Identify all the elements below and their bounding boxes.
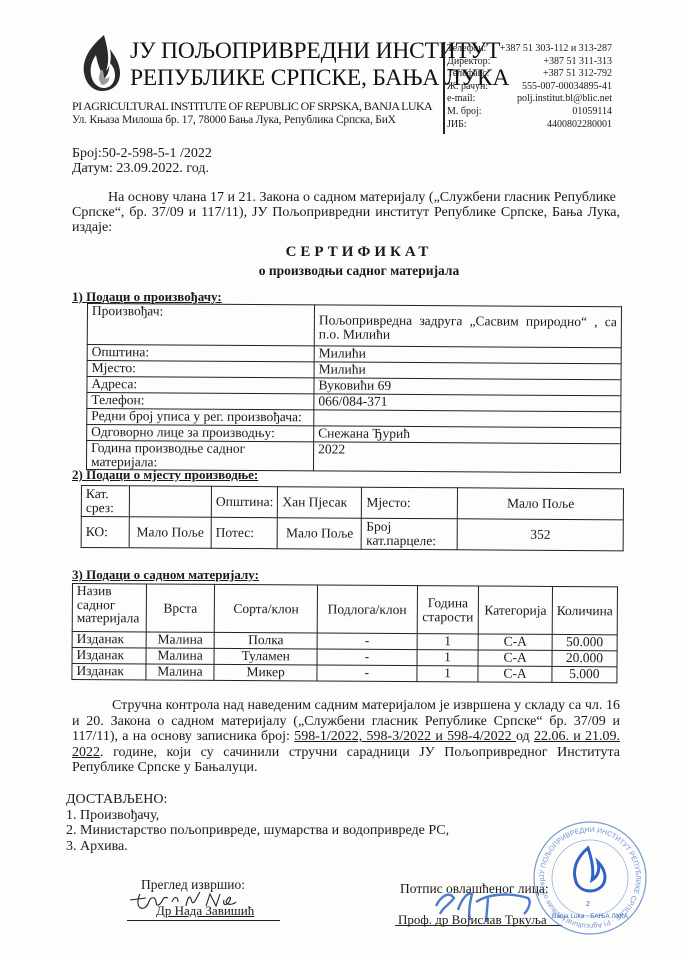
contact-label: Директор: xyxy=(447,56,490,69)
material-table: Назив садног материјалаВрстаСорта/клонПо… xyxy=(71,583,618,683)
mjesto-label: Мјесто: xyxy=(362,487,458,519)
contact-row: ЈИБ:4400802280001 xyxy=(447,119,612,132)
contact-label: Ж. рачун: xyxy=(447,81,488,94)
material-cell: C-A xyxy=(478,634,552,650)
delivered-item: 1. Произвођачу, xyxy=(66,808,449,824)
contact-value: 01059114 xyxy=(572,106,612,119)
contact-label: М. број: xyxy=(447,106,482,119)
material-cell: Изданак xyxy=(72,664,146,680)
material-cell: Изданак xyxy=(72,648,146,664)
material-cell: 1 xyxy=(417,650,479,666)
location-section-title: 2) Подаци о мјесту производње: xyxy=(72,467,258,483)
contact-value: 4400802280001 xyxy=(547,119,612,132)
certificate-subtitle: о производњи садног материјала xyxy=(0,263,688,279)
column-header: Година старости xyxy=(417,586,479,634)
material-cell: 50.000 xyxy=(552,634,617,650)
institute-address: Ул. Књаза Милоша бр. 17, 78000 Бања Лука… xyxy=(72,114,396,126)
material-cell: - xyxy=(317,665,417,682)
contact-value: +387 51 303-112 и 313-287 xyxy=(500,43,612,56)
producer-label: Произвођач: xyxy=(87,304,314,346)
location-table: Кат. срез: Општина: Хан Пјесак Мјесто: М… xyxy=(81,485,624,551)
column-header: Назив садног материјала xyxy=(72,584,146,632)
producer-value: Пољопривредна задруга „Сасвим природно“ … xyxy=(314,305,621,348)
material-cell: 5.000 xyxy=(552,666,617,682)
contact-row: Телефакс:+387 51 312-792 xyxy=(447,68,612,81)
ko-label: КО: xyxy=(81,517,129,548)
material-cell: Полка xyxy=(215,632,318,649)
material-cell: C-A xyxy=(478,650,552,666)
delivered-item: 2. Министарство пољопривреде, шумарства … xyxy=(66,823,449,839)
opstina-label: Општина: xyxy=(211,486,278,517)
column-header: Сорта/клон xyxy=(215,584,318,633)
document-number: Број:50-2-598-5-1 /2022 xyxy=(72,146,212,162)
material-cell: Малина xyxy=(146,648,215,664)
potes-label: Потес: xyxy=(211,517,278,548)
material-cell: - xyxy=(317,649,417,666)
contact-value: 555-007-00034895-41 xyxy=(522,81,612,94)
header-divider xyxy=(443,42,445,134)
kat-srez-label: Кат. срез: xyxy=(81,486,129,517)
material-cell: Туламен xyxy=(214,648,317,665)
material-cell: 1 xyxy=(417,666,479,682)
material-cell: Микер xyxy=(214,664,317,681)
material-cell: C-A xyxy=(478,666,552,682)
producer-row: Произвођач:Пољопривредна задруга „Сасвим… xyxy=(87,304,621,348)
producer-value: Снежана Ђурић xyxy=(314,426,621,444)
official-stamp-icon: ЈУ ПОЉОПРИВРЕДНИ ИНСТИТУТ РЕПУБЛИКЕ СРПС… xyxy=(530,818,650,938)
inspection-paragraph: Стручна контрола над наведеним садним ма… xyxy=(72,698,620,776)
material-cell: Малина xyxy=(145,664,214,680)
contact-row: Ж. рачун:555-007-00034895-41 xyxy=(447,81,612,94)
delivered-list: ДОСТАВЉЕНО: 1. Произвођачу, 2. Министарс… xyxy=(66,792,449,854)
ko-value: Мало Поље xyxy=(129,517,211,549)
svg-text:2: 2 xyxy=(586,901,590,908)
intro-paragraph-line1: На основу члана 17 и 21. Закона о садном… xyxy=(108,190,620,205)
intro-paragraph-rest: Српске“, бр. 37/09 и 117/11), ЈУ Пољопри… xyxy=(72,205,620,235)
svg-text:Banja Luka · БАЊА ЛУКА: Banja Luka · БАЊА ЛУКА xyxy=(552,913,629,920)
column-header: Количина xyxy=(552,586,617,634)
producer-table: Произвођач:Пољопривредна задруга „Сасвим… xyxy=(86,303,622,473)
delivered-item: 3. Архива. xyxy=(66,839,449,855)
column-header: Врста xyxy=(146,584,215,632)
material-cell: - xyxy=(317,633,417,650)
contact-value: +387 51 312-792 xyxy=(543,68,612,81)
delivered-title: ДОСТАВЉЕНО: xyxy=(66,792,449,808)
institute-name-english: PI AGRICULTURAL INSTITUTE OF REPUBLIC OF… xyxy=(72,99,432,114)
material-cell: 1 xyxy=(417,634,479,650)
flame-logo-icon xyxy=(80,33,124,93)
column-header: Подлога/клон xyxy=(317,585,417,634)
contact-value: +387 51 311-313 xyxy=(543,56,612,69)
opstina-value: Хан Пјесак xyxy=(278,487,362,519)
material-cell: 20.000 xyxy=(552,650,617,666)
producer-value: 2022 xyxy=(313,442,620,473)
contact-label: Телефакс: xyxy=(447,68,489,81)
contact-row: Директор:+387 51 311-313 xyxy=(447,56,612,69)
kat-srez-value xyxy=(129,486,211,518)
potes-value: Мало Поље xyxy=(278,518,362,550)
reviewer-name: Др Нада Завишић xyxy=(156,903,254,919)
contact-row: Телефон:+387 51 303-112 и 313-287 xyxy=(447,43,612,56)
column-header: Категорија xyxy=(479,586,553,634)
record-numbers: 598-1/2022, 598-3/2022 и 598-4/2022 xyxy=(294,729,516,744)
certificate-title: СЕРТИФИКАТ xyxy=(0,244,688,261)
parcela-label: Број кат.парцеле: xyxy=(362,518,458,550)
material-cell: Малина xyxy=(146,632,215,648)
contact-row: М. број:01059114 xyxy=(447,106,612,119)
material-header-row: Назив садног материјалаВрстаСорта/клонПо… xyxy=(72,584,617,635)
mjesto-value: Мало Поље xyxy=(458,488,624,520)
producer-value: 066/084-371 xyxy=(314,394,621,412)
contact-label: e-mail: xyxy=(447,93,475,106)
material-row: ИзданакМалинаМикер-1C-A5.000 xyxy=(72,664,617,683)
contact-label: Телефон: xyxy=(447,43,486,56)
document-date: Датум: 23.09.2022. год. xyxy=(72,161,209,177)
material-cell: Изданак xyxy=(72,632,146,648)
material-section-title: 3) Подаци о садном материјалу: xyxy=(72,567,259,583)
contact-label: ЈИБ: xyxy=(447,119,467,132)
parcela-value: 352 xyxy=(458,519,624,551)
contact-value[interactable]: polj.institut.bl@blic.net xyxy=(517,93,612,106)
contact-row: e-mail:polj.institut.bl@blic.net xyxy=(447,93,612,106)
reviewer-signature-line xyxy=(127,920,280,921)
contact-info: Телефон:+387 51 303-112 и 313-287Директо… xyxy=(447,43,612,131)
